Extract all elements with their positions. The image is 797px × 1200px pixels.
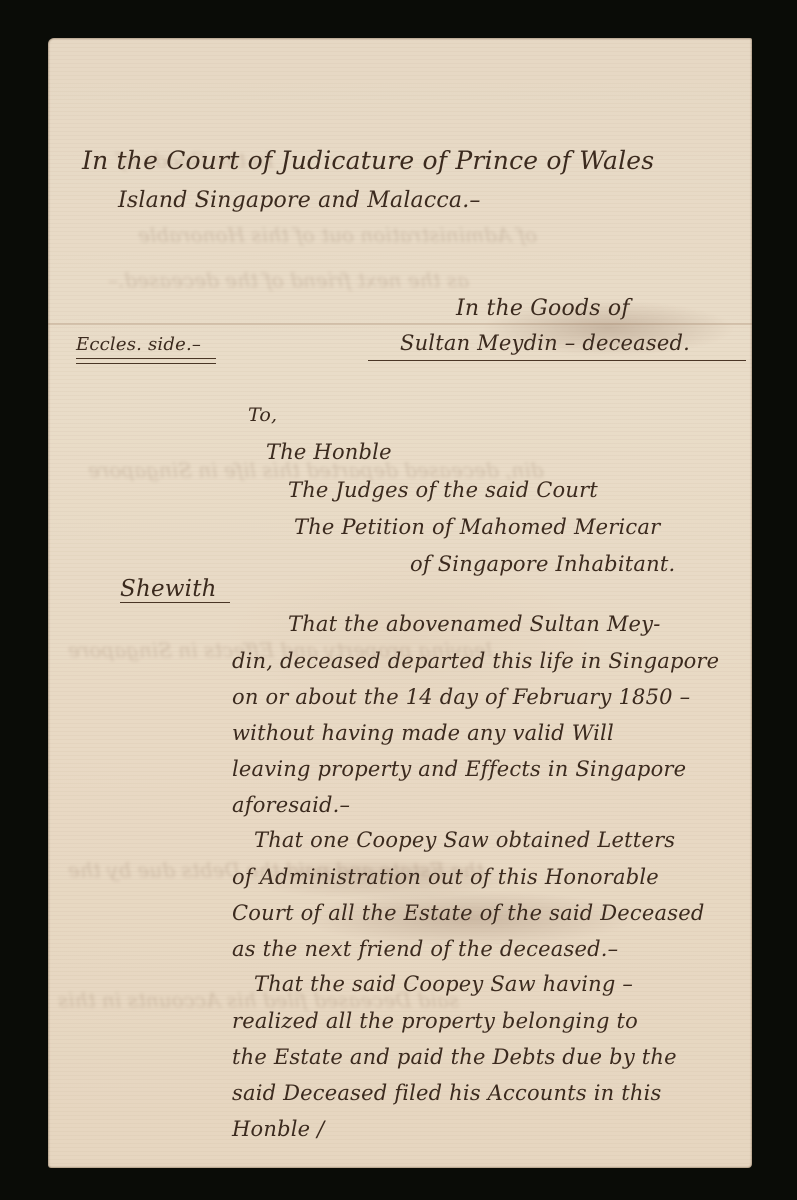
paragraph-3-line: Honble /: [232, 1117, 324, 1141]
document-page: In the Goods of of Administration out of…: [48, 38, 752, 1168]
address-honble: The Honble: [266, 440, 392, 464]
page-fold-crease: [48, 323, 752, 325]
ecclesiastical-side-label: Eccles. side.–: [76, 334, 201, 355]
paragraph-3-line: said Deceased filed his Accounts in this: [232, 1081, 662, 1105]
paragraph-2-line: Court of all the Estate of the said Dece…: [232, 901, 705, 925]
shewith-heading: Shewith: [120, 576, 217, 602]
paragraph-1-line: That the abovenamed Sultan Mey-: [288, 612, 661, 636]
case-title-underline: [368, 360, 746, 361]
address-inhabitant: of Singapore Inhabitant.: [410, 552, 675, 576]
side-label-underline: [76, 358, 216, 364]
scan-background: In the Goods of of Administration out of…: [0, 0, 797, 1200]
paragraph-3-line: That the said Coopey Saw having –: [254, 972, 633, 996]
paragraph-1-line: leaving property and Effects in Singapor…: [232, 757, 686, 781]
paragraph-2-line: of Administration out of this Honorable: [232, 865, 659, 889]
paragraph-1-line: without having made any valid Will: [232, 721, 614, 745]
paragraph-1-line: aforesaid.–: [232, 793, 350, 817]
address-judges: The Judges of the said Court: [288, 478, 598, 502]
paragraph-2-line: as the next friend of the deceased.–: [232, 937, 618, 961]
heading-line-2: Island Singapore and Malacca.–: [118, 188, 481, 213]
address-petitioner: The Petition of Mahomed Mericar: [294, 515, 660, 539]
paragraph-2-line: That one Coopey Saw obtained Letters: [254, 828, 675, 852]
paragraph-3-line: realized all the property belonging to: [232, 1009, 638, 1033]
bleed-through-text: of Administration out of this Honorable: [138, 223, 537, 247]
heading-line-1: In the Court of Judicature of Prince of …: [82, 146, 654, 175]
paragraph-3-line: the Estate and paid the Debts due by the: [232, 1045, 677, 1069]
shewith-underline: [120, 602, 230, 603]
paragraph-1-line: din, deceased departed this life in Sing…: [232, 649, 719, 673]
paragraph-1-line: on or about the 14 day of February 1850 …: [232, 685, 690, 709]
address-to: To,: [248, 404, 277, 426]
case-title-line-1: In the Goods of: [456, 296, 630, 321]
bleed-through-text: as the next friend of the deceased.–: [108, 268, 469, 292]
case-title-line-2: Sultan Meydin – deceased.: [400, 331, 690, 355]
